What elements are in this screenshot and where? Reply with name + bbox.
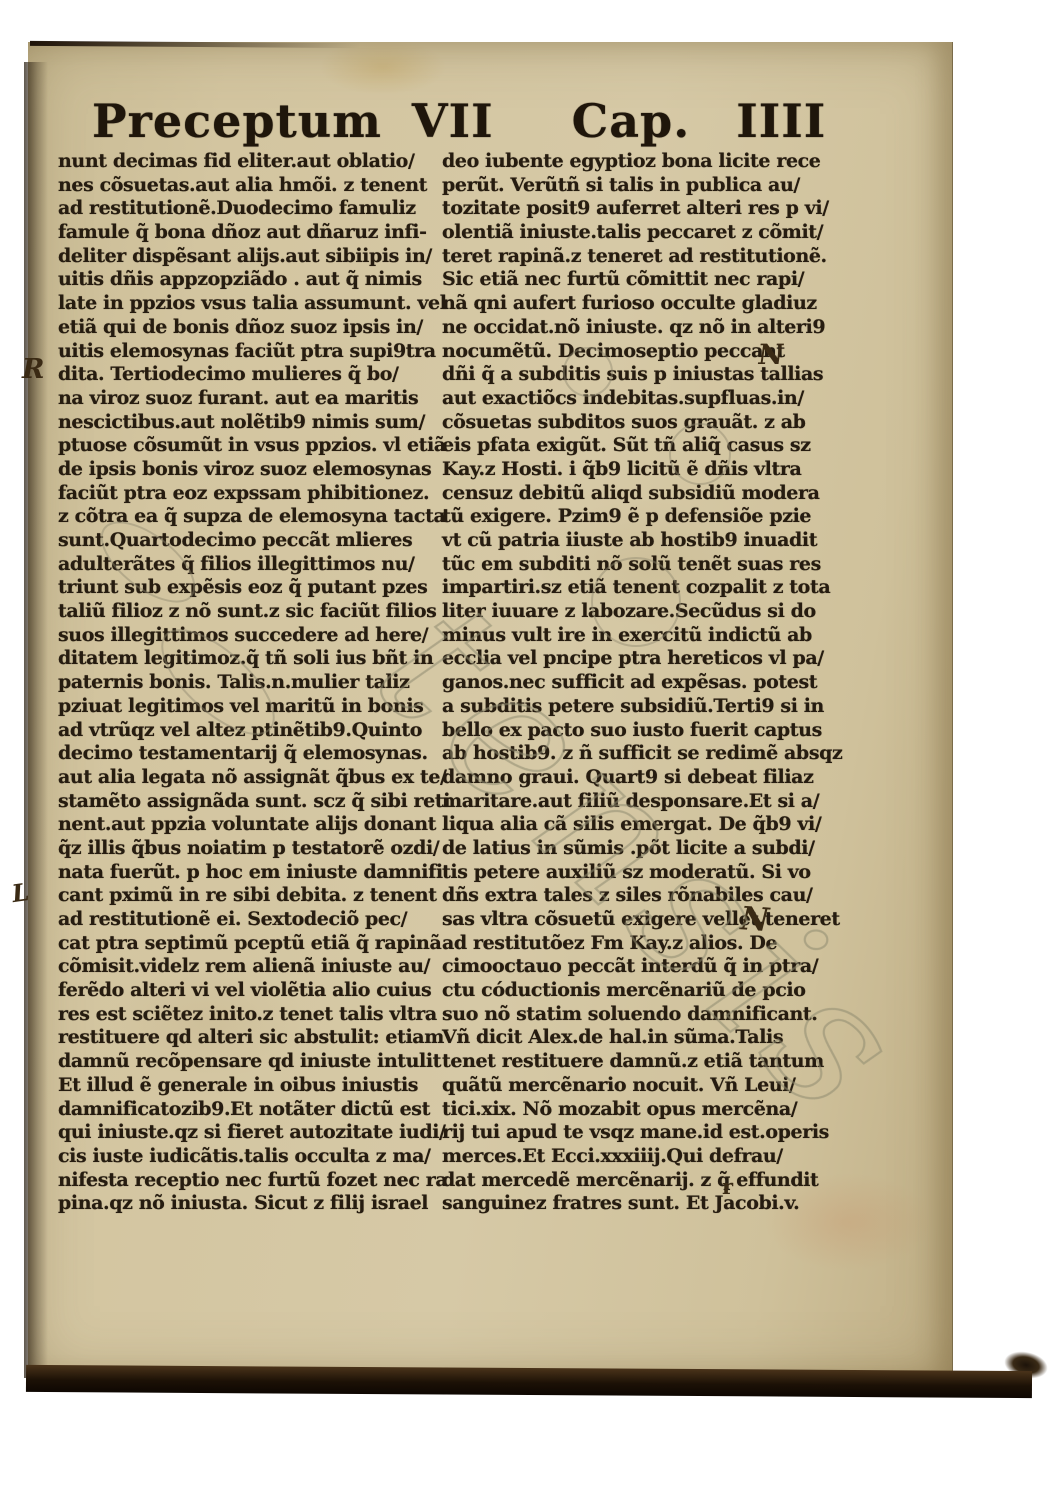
text-line: maritare.aut filiũ desponsare.Et si a/ [442,790,872,814]
signature-mark: r [722,1174,733,1199]
text-line: perũt. Verũtñ si talis in publica au/ [442,174,872,198]
text-line: tis petere auxiliũ sz moderatũ. Si vo [442,861,872,885]
header-numeral-iiii: IIII [736,94,826,148]
text-line: ditatem legitimoz.q̃ tñ soli ius bñt in [58,647,448,671]
text-line: impartiri.sz etiã tenent cozpalit z tota [442,576,872,600]
text-line: suos illegittimos succedere ad here/ [58,624,448,648]
text-line: Kay.z Hosti. i q̃b9 licitũ ẽ dñis vltra [442,458,872,482]
text-line: quãtũ mercẽnario nocuit. Vñ Leui/ [442,1074,872,1098]
text-line: aut alia legata nõ assignãt q̃bus ex te/ [58,766,448,790]
text-line: de latius in sũmis .põt licite a subdi/ [442,837,872,861]
text-line: uitis elemosynas faciũt ptra supi9tra [58,340,448,364]
text-line: nifesta receptio nec furtũ fozet nec ra [58,1169,448,1193]
text-line: nunt decimas fid eliter.aut oblatio/ [58,150,448,174]
page-header: Preceptum VII Cap. IIII [92,88,826,148]
text-line: cant pximũ in re sibi debita. z tenent [58,884,448,908]
text-line: qui iniuste.qz si fieret autozitate iudi… [58,1121,448,1145]
text-line: dita. Tertiodecimo mulieres q̃ bo/ [58,363,448,387]
text-line: dat mercedẽ mercẽnarij. z q̃ effundit [442,1169,872,1193]
text-line: Vñ dicit Alex.de hal.in sũma.Talis [442,1026,872,1050]
text-line: merces.Et Ecci.xxxiiij.Qui defrau/ [442,1145,872,1169]
scanned-book-page: Preceptum VII Cap. IIII nunt decimas fid… [0,0,1060,1500]
text-line: pziuat legitimos vel maritũ in bonis [58,695,448,719]
text-line: faciũt ptra eoz expssam phibitionez. [58,482,448,506]
text-line: ferẽdo alteri vi vel violẽtia alio cuius [58,979,448,1003]
text-line: censuz debitũ aliqd subsidiũ modera [442,482,872,506]
text-line: vt cũ patria iiuste ab hostib9 inuadit [442,529,872,553]
text-line: taliũ filioz z nõ sunt.z sic faciũt fili… [58,600,448,624]
text-line: dñi q̃ a subditis suis p iniustas tallia… [442,363,872,387]
page-top-edge-shadow [30,41,360,48]
text-line: nescictibus.aut nolẽtib9 nimis sum/ [58,411,448,435]
text-line: sunt.Quartodecimo peccãt mlieres [58,529,448,553]
text-line: sas vltra cõsuetũ exigere vellet.teneret [442,908,872,932]
text-line: cimooctauo peccãt interdũ q̃ in ptra/ [442,955,872,979]
book-fore-edge-stack [952,45,1032,1381]
text-line: a subditis petere subsidiũ.Terti9 si in [442,695,872,719]
book-bottom-edge [26,1365,1032,1398]
text-line: dñs extra tales z siles rõnabiles cau/ [442,884,872,908]
header-word-cap: Cap. [572,94,691,148]
text-line: teret rapinã.z teneret ad restitutionẽ. [442,245,872,269]
text-line: tozitate posit9 auferret alteri res p vi… [442,197,872,221]
text-line: tũ exigere. Pzim9 ẽ p defensiõe pzie [442,505,872,529]
text-line: sanguinez fratres sunt. Et Jacobi.v. [442,1192,872,1216]
text-line: ctu cóductionis mercẽnariũ de pcio [442,979,872,1003]
text-line: ne occidat.nõ iniuste. qz nõ in alteri9 [442,316,872,340]
text-line: nã qni aufert furioso occulte gladiuz [442,292,872,316]
text-line: decimo testamentarij q̃ elemosynas. [58,742,448,766]
header-word-preceptum: Preceptum [92,94,382,148]
text-line: suo nõ statim soluendo damnificant. [442,1003,872,1027]
text-line: olentiã iniuste.talis peccaret z cõmit/ [442,221,872,245]
text-line: liter iuuare z labozare.Secũdus si do [442,600,872,624]
text-column-left: nunt decimas fid eliter.aut oblatio/nes … [58,150,448,1216]
text-line: triunt sub expẽsis eoz q̃ putant pzes [58,576,448,600]
text-line: aut exactiõcs indebitas.supfluas.in/ [442,387,872,411]
text-line: nocumẽtũ. Decimoseptio peccant [442,340,872,364]
text-line: na viroz suoz furant. aut ea maritis [58,387,448,411]
book-page-paper: Preceptum VII Cap. IIII nunt decimas fid… [28,42,953,1378]
text-line: uitis dñis appzopziãdo . aut q̃ nimis [58,268,448,292]
text-line: ad restitutionẽ ei. Sextodeciõ pec/ [58,908,448,932]
text-line: paternis bonis. Talis.n.mulier taliz [58,671,448,695]
text-line: eis pfata exigũt. Sũt tñ aliq̃ casus sz [442,434,872,458]
text-line: de ipsis bonis viroz suoz elemosynas [58,458,448,482]
text-line: stamẽto assignãda sunt. scz q̃ sibi reti [58,790,448,814]
text-line: deliter dispẽsant alijs.aut sibiipis in/ [58,245,448,269]
text-line: deo iubente egyptioz bona licite rece [442,150,872,174]
text-line: tenet restituere damnũ.z etiã tantum [442,1050,872,1074]
text-line: cis iuste iudicãtis.talis occulta z ma/ [58,1145,448,1169]
text-line: ad restitutionẽ.Duodecimo famuliz [58,197,448,221]
text-line: damnũ recõpensare qd iniuste intulit [58,1050,448,1074]
text-line: ptuose cõsumũt in vsus ppzios. vl etiã [58,434,448,458]
text-line: Et illud ẽ generale in oibus iniustis [58,1074,448,1098]
text-line: nata fuerũt. p hoc em iniuste damnifi [58,861,448,885]
text-line: minus vult ire in exercitũ indictũ ab [442,624,872,648]
text-line: z cõtra ea q̃ supza de elemosyna tacta [58,505,448,529]
text-line: adulterãtes q̃ filios illegittimos nu/ [58,553,448,577]
header-numeral-vii: VII [412,94,494,148]
text-line: q̃z illis q̃bus noiatim p testatorẽ ozdi… [58,837,448,861]
handwritten-margin-mark-l: L [10,877,31,908]
text-line: nes cõsuetas.aut alia hmõi. z tenent [58,174,448,198]
text-line: ab hostib9. z ñ sufficit se redimẽ absqz [442,742,872,766]
text-line: nent.aut ppzia voluntate alijs donant [58,813,448,837]
text-line: etiã qui de bonis dñoz suoz ipsis in/ [58,316,448,340]
text-line: ecclia vel pncipe ptra hereticos vl pa/ [442,647,872,671]
text-line: pina.qz nõ iniusta. Sicut z filij israel [58,1192,448,1216]
text-line: restituere qd alteri sic abstulit: etiam [58,1026,448,1050]
text-line: tici.xix. Nõ mozabit opus mercẽna/ [442,1098,872,1122]
text-column-right: deo iubente egyptioz bona licite receper… [442,150,872,1216]
printed-margin-mark-n1: N [756,338,784,371]
text-line: late in ppzios vsus talia assumunt. vel [58,292,448,316]
text-line: famule q̃ bona dñoz aut dñaruz infi- [58,221,448,245]
text-line: tũc em subditi nõ solũ tenẽt suas res [442,553,872,577]
text-line: cõsuetas subditos suos grauãt. z ab [442,411,872,435]
text-line: bello ex pacto suo iusto fuerit captus [442,719,872,743]
handwritten-margin-mark-r: R [22,354,44,385]
text-line: cõmisit.videlz rem alienã iniuste au/ [58,955,448,979]
text-line: liqua alia cã silis emergat. De q̃b9 vi/ [442,813,872,837]
text-line: cat ptra septimũ pceptũ etiã q̃ rapinã [58,932,448,956]
text-line: ganos.nec sufficit ad expẽsas. potest [442,671,872,695]
text-line: rij tui apud te vsqz mane.id est.operis [442,1121,872,1145]
text-line: Sic etiã nec furtũ cõmittit nec rapi/ [442,268,872,292]
text-line: ad restitutõez Fm Kay.z alios. De [442,932,872,956]
text-line: ad vtrũqz vel altez ptinẽtib9.Quinto [58,719,448,743]
text-line: res est sciẽtez inito.z tenet talis vltr… [58,1003,448,1027]
text-line: damnificatozib9.Et notãter dictũ est [58,1098,448,1122]
text-line: damno graui. Quart9 si debeat filiaz [442,766,872,790]
binding-gutter-shadow [24,62,48,1378]
